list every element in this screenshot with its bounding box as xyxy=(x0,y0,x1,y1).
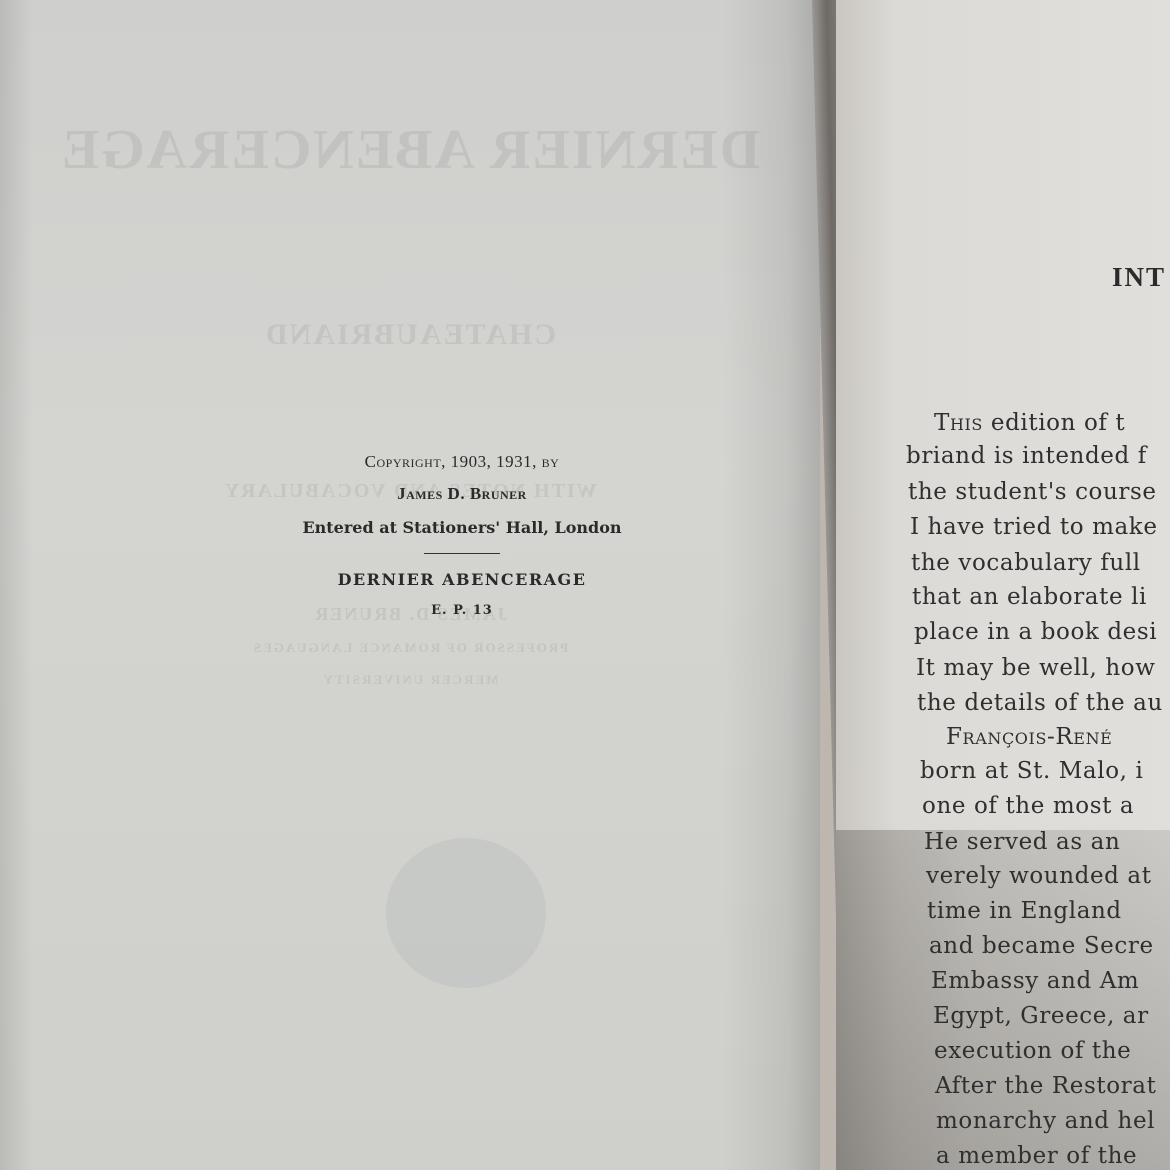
line-text: a member of the xyxy=(936,1143,1137,1169)
body-line: a member of the xyxy=(936,1143,1137,1169)
line-text: It may be well, how xyxy=(916,655,1156,681)
introduction-body: This edition of t briand is intended f t… xyxy=(836,0,1170,1170)
body-line: François-René xyxy=(946,724,1112,750)
body-line: This edition of t xyxy=(934,410,1125,436)
author-name: James D. Bruner xyxy=(262,484,662,504)
line-text: I have tried to make xyxy=(910,514,1158,540)
drop-smallcaps: This xyxy=(934,410,983,436)
line-text: Embassy and Am xyxy=(931,968,1139,994)
line-text: edition of t xyxy=(983,410,1125,436)
line-text: that an elaborate li xyxy=(912,584,1147,610)
body-line: execution of the xyxy=(934,1038,1131,1064)
right-page-introduction: INT This edition of t briand is intended… xyxy=(836,0,1170,1170)
line-text: Egypt, Greece, ar xyxy=(933,1003,1149,1029)
copyright-line: Copyright, 1903, 1931, by xyxy=(262,452,662,472)
body-line: that an elaborate li xyxy=(912,584,1147,610)
line-text: briand is intended f xyxy=(906,443,1147,469)
body-line: place in a book desi xyxy=(914,619,1157,645)
bleed-through-university: MERCER UNIVERSITY xyxy=(0,672,820,688)
entered-line: Entered at Stationers' Hall, London xyxy=(262,518,662,537)
body-line: and became Secre xyxy=(929,933,1154,959)
line-text: one of the most a xyxy=(922,793,1134,819)
line-text: the vocabulary full xyxy=(911,550,1141,576)
bleed-through-title: DERNIER ABENCERAGE xyxy=(0,118,820,182)
line-text: the details of the au xyxy=(917,690,1163,716)
body-line: the student's course xyxy=(908,479,1157,505)
publisher-emblem-icon xyxy=(386,838,546,988)
line-text: born at St. Malo, i xyxy=(920,758,1143,784)
body-line: one of the most a xyxy=(922,793,1134,819)
body-line: After the Restorat xyxy=(935,1073,1156,1099)
line-text: the student's course xyxy=(908,479,1157,505)
line-text: After the Restorat xyxy=(935,1073,1156,1099)
line-text: He served as an xyxy=(924,829,1120,855)
body-line: the vocabulary full xyxy=(911,550,1141,576)
line-text: time in England xyxy=(927,898,1122,924)
line-text: execution of the xyxy=(934,1038,1131,1064)
divider-rule xyxy=(424,553,500,554)
body-line: born at St. Malo, i xyxy=(920,758,1143,784)
body-line: I have tried to make xyxy=(910,514,1158,540)
body-line: Egypt, Greece, ar xyxy=(933,1003,1149,1029)
body-line: verely wounded at xyxy=(926,863,1152,889)
body-line: He served as an xyxy=(924,829,1120,855)
book-title: DERNIER ABENCERAGE xyxy=(262,570,662,589)
bleed-through-affiliation: PROFESSOR OF ROMANCE LANGUAGES xyxy=(0,640,820,656)
drop-smallcaps: François-René xyxy=(946,724,1112,750)
line-text: monarchy and hel xyxy=(936,1108,1155,1134)
line-text: place in a book desi xyxy=(914,619,1157,645)
copyright-notice: Copyright, 1903, 1931, by James D. Brune… xyxy=(262,452,662,618)
line-text: verely wounded at xyxy=(926,863,1152,889)
body-line: the details of the au xyxy=(917,690,1163,716)
body-line: It may be well, how xyxy=(916,655,1156,681)
edition-code: E. P. 13 xyxy=(262,603,662,618)
body-line: Embassy and Am xyxy=(931,968,1139,994)
line-text: and became Secre xyxy=(929,933,1154,959)
left-page-copyright: DERNIER ABENCERAGE CHATEAUBRIAND WITH NO… xyxy=(0,0,820,1170)
bleed-through-author: CHATEAUBRIAND xyxy=(0,318,820,352)
body-line: monarchy and hel xyxy=(936,1108,1155,1134)
body-line: briand is intended f xyxy=(906,443,1147,469)
body-line: time in England xyxy=(927,898,1122,924)
